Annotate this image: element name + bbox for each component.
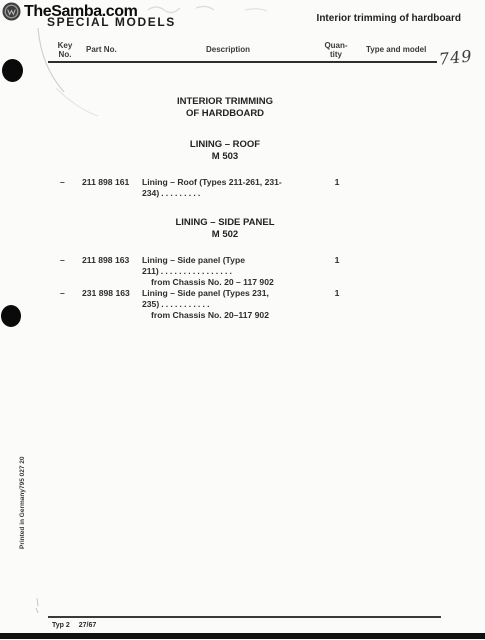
page-title: SPECIAL MODELS xyxy=(47,15,176,29)
col-header-description: Description xyxy=(206,45,250,54)
footer-edition: Typ 227/67 xyxy=(52,622,105,629)
section-heading-lining-side-panel: LINING – SIDE PANEL M 502 xyxy=(95,217,355,241)
footer-rule xyxy=(48,616,441,618)
dot-leader: ......... xyxy=(161,188,202,198)
row-description: Lining – Side panel (Types 231, 235)....… xyxy=(142,288,334,321)
row-quantity: 1 xyxy=(329,177,345,188)
row-description-line2: from Chassis No. 20–117 902 xyxy=(151,310,334,321)
col-header-quantity: Quan- tity xyxy=(323,41,349,59)
header-rule xyxy=(48,61,437,63)
row-quantity: 1 xyxy=(329,255,345,266)
row-description: Lining – Roof (Types 211-261, 231-234)..… xyxy=(142,177,334,199)
page-edge-band xyxy=(0,633,485,639)
row-quantity: 1 xyxy=(329,288,345,299)
footer-edition-number: 27/67 xyxy=(79,622,97,629)
handwritten-page-number: 749 xyxy=(438,46,473,68)
hole-punch-dot xyxy=(1,305,21,327)
footer-model: Typ 2 xyxy=(52,622,70,629)
dot-leader: ................ xyxy=(161,266,234,276)
print-code-vertical: 795 027 20 xyxy=(19,456,26,489)
row-key: – xyxy=(60,177,65,188)
section-heading-lining-roof: LINING – ROOF M 503 xyxy=(95,139,355,163)
dot-leader: ........... xyxy=(161,299,211,309)
row-part-no: 211 898 161 xyxy=(82,177,129,188)
page-subject: Interior trimming of hardboard xyxy=(317,13,461,24)
col-header-key-no: Key No. xyxy=(55,41,75,59)
row-key: – xyxy=(60,255,65,266)
catalog-page: TheSamba.com SPECIAL MODELS Interior tri… xyxy=(0,0,485,640)
row-part-no: 211 898 163 xyxy=(82,255,129,266)
row-description: Lining – Side panel (Type 211)..........… xyxy=(142,255,334,288)
col-header-part-no: Part No. xyxy=(86,45,117,54)
hole-punch-dot xyxy=(2,59,23,82)
row-description-line2: from Chassis No. 20 – 117 902 xyxy=(151,277,334,288)
col-header-type-model: Type and model xyxy=(366,45,426,54)
row-key: – xyxy=(60,288,65,299)
section-heading-interior-trimming: INTERIOR TRIMMING OF HARDBOARD xyxy=(95,96,355,120)
row-part-no: 231 898 163 xyxy=(82,288,130,299)
thesamba-circle-logo-icon xyxy=(2,2,21,21)
printed-in-germany-vertical: Printed in Germany xyxy=(19,489,26,549)
